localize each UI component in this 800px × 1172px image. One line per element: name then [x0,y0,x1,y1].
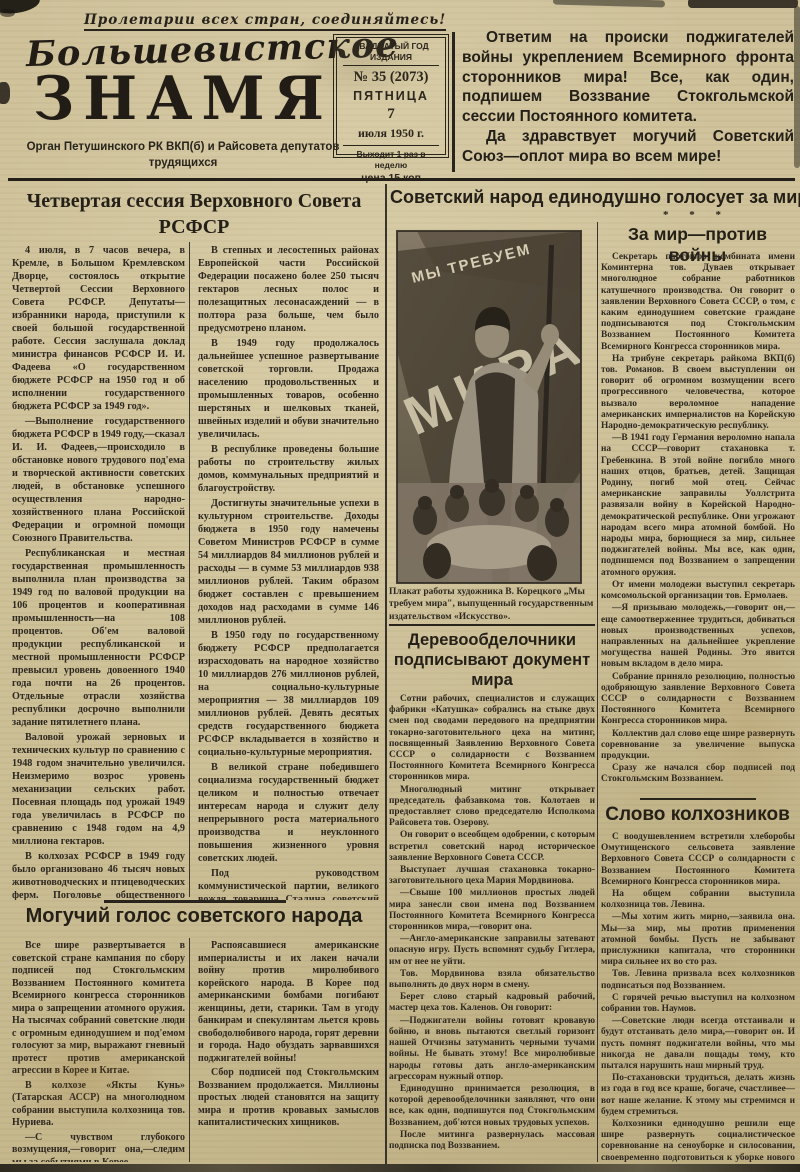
poster-signing-scene [397,479,581,583]
poster-caption: Плакат работы художника В. Корецкого „Мы… [389,586,595,623]
article-paragraph: Колхозники единодушно решили еще шире ра… [601,1119,795,1162]
issue-weekday: ПЯТНИЦА [341,89,441,103]
article-paragraph: —Поджигатели войны готовят кровавую бойн… [389,1016,595,1083]
article-paragraph: Многолюдный митинг открывает председател… [389,785,595,830]
article-paragraph: Все шире развертывается в советской стра… [12,940,185,1078]
front-page-appeal: Ответим на происки поджигателей войны ук… [462,28,794,167]
article-paragraph: В 1949 году продолжалось дальнейшее успе… [198,337,379,441]
article-paragraph: С воодушевлением встретили хлеборобы Ому… [601,832,795,888]
voice-headline-rule [104,900,286,903]
article-paragraph: Сразу же начался сбор подписей под Стокг… [601,763,795,785]
headline-voice: Могучий голос советского народа [10,905,378,928]
headline-vote-for-peace: Советский народ единодушно голосует за м… [390,187,795,208]
article-paragraph: В 1950 году по государственному бюджету … [198,629,379,759]
edition-year: ДВАДЦАТЫЙ ГОД ИЗДАНИЯ [341,41,441,62]
article-paragraph: Собрание приняло резолюцию, полностью од… [601,672,795,728]
masthead-title-line2: ЗНАМЯ [26,63,340,133]
article-paragraph: В колхозах РСФСР в 1949 году было органи… [12,850,185,900]
main-column-divider [385,184,387,1164]
article-paragraph: —С чувством глубокого возмущения,—говори… [12,1132,185,1163]
article-paragraph: Тов. Мордвинова взяла обязательство выпо… [389,969,595,991]
woodworkers-text: Сотни рабочих, специалистов и служащих ф… [389,694,595,1162]
scan-mark [0,9,15,17]
article-paragraph: —Мы хотим жить мирно,—заявила она. Мы—за… [601,912,795,968]
article-paragraph: После митинга развернулась массовая подп… [389,1130,595,1152]
session-column-2: В степных и лесостепных районах Европейс… [198,244,379,900]
scan-bottom-edge [0,1164,800,1172]
article-paragraph: Под руководством коммунистической партии… [198,867,379,900]
headline-kolkhozniks: Слово колхозников [600,804,795,826]
header-rule [8,178,795,181]
article-paragraph: —Я призываю молодежь,—говорит он,—еще са… [601,603,795,670]
article-paragraph: Распоясавшиеся американские империалисты… [198,940,379,1065]
issue-day: 7 [341,106,441,123]
article-paragraph: Сбор подписей под Стокгольмским Воззвани… [198,1067,379,1130]
article-paragraph: —Англо-американские заправилы затевают о… [389,934,595,968]
appeal-paragraph: Ответим на происки поджигателей войны ук… [462,28,794,127]
headline-session: Четвертая сессия Верховного Совета РСФСР [10,188,378,240]
article-paragraph: С горячей речью выступил на колхозном со… [601,993,795,1015]
article-paragraph: Он говорит о всеобщем одобрении, с котор… [389,830,595,864]
peace-poster-photo: МЫ ТРЕБУЕМ МИРА! [396,230,582,584]
voice-column-2: Распоясавшиеся американские империалисты… [198,940,379,1162]
article-paragraph: Коллектив дал слово еще шире развернуть … [601,729,795,763]
issue-box-divider [343,65,439,66]
article-paragraph: По-стахановски трудиться, делать жизнь и… [601,1073,795,1118]
appeal-left-rule [452,32,455,172]
scan-mark [688,0,798,8]
column-divider [189,938,190,1162]
article-paragraph: В республике проведены большие работы по… [198,443,379,495]
scan-mark [794,6,800,168]
voice-column-1: Все шире развертывается в советской стра… [12,940,185,1162]
issue-info-box: ДВАДЦАТЫЙ ГОД ИЗДАНИЯ № 35 (2073) ПЯТНИЦ… [333,34,449,158]
article-paragraph: Республиканская и местная государственна… [12,547,185,729]
session-column-1: 4 июля, в 7 часов вечера, в Кремле, в Бо… [12,244,185,900]
article-paragraph: Валовой урожай зерновых и технических ку… [12,731,185,848]
article-paragraph: —Выполнение государственного бюджета РСФ… [12,415,185,545]
article-paragraph: В степных и лесостепных районах Европейс… [198,244,379,335]
article-paragraph: Единодушно принимается резолюция, в кото… [389,1084,595,1129]
column-divider [597,222,598,1162]
article-paragraph: —Свыше 100 миллионов простых людей мира … [389,888,595,933]
article-paragraph: Сотни рабочих, специалистов и служащих ф… [389,694,595,784]
kolkhoz-headline-rule [640,798,756,800]
article-paragraph: Достигнуты значительные успехи в культур… [198,497,379,627]
headline-woodworkers: Деревообделочники подписывают документ м… [389,630,595,690]
column-divider [189,242,190,897]
kolkhozniks-text: С воодушевлением встретили хлеборобы Ому… [601,832,795,1162]
issue-number: № 35 (2073) [341,69,441,86]
issue-box-divider [343,145,439,146]
article-paragraph: —Советские люди всегда отстаивали и буду… [601,1016,795,1072]
newspaper-page: Пролетарии всех стран, соединяйтесь! Бол… [0,0,800,1172]
article-paragraph: На общем собрании выступила колхозница т… [601,889,795,911]
masthead: Большевистское ЗНАМЯ Орган Петушинского … [26,30,340,171]
article-paragraph: На трибуне секретарь райкома ВКП(б) тов.… [601,354,795,432]
article-paragraph: Выступает лучшая стахановка токарно-заго… [389,865,595,887]
article-paragraph: В великой стране победившего социализма … [198,761,379,865]
article-paragraph: 4 июля, в 7 часов вечера, в Кремле, в Бо… [12,244,185,413]
scan-mark [553,0,665,7]
caption-rule [389,624,595,626]
article-paragraph: Тов. Левина призвала всех колхозников по… [601,969,795,991]
issue-month-year: июля 1950 г. [341,126,441,141]
article-paragraph: Секретарь партбюро комбината имени Комин… [601,252,795,353]
article-paragraph: —В 1941 году Германия вероломно напала н… [601,433,795,579]
article-paragraph: От имени молодежи выступил секретарь ком… [601,580,795,602]
asterisk-divider: * * * [598,209,795,221]
issue-frequency: Выходит 1 раз в неделю [341,149,441,171]
scan-mark [0,82,10,104]
peace-war-text: Секретарь партбюро комбината имени Комин… [601,252,795,794]
masthead-subtitle: Орган Петушинского РК ВКП(б) и Райсовета… [26,140,340,171]
article-paragraph: Берет слово старый кадровый рабочий, мас… [389,992,595,1014]
peace-poster-image: МЫ ТРЕБУЕМ МИРА! [397,231,581,583]
article-paragraph: В колхозе «Якты Кунь» (Татарская АССР) н… [12,1080,185,1130]
appeal-paragraph: Да здравствует могучий Советский Союз—оп… [462,127,794,167]
